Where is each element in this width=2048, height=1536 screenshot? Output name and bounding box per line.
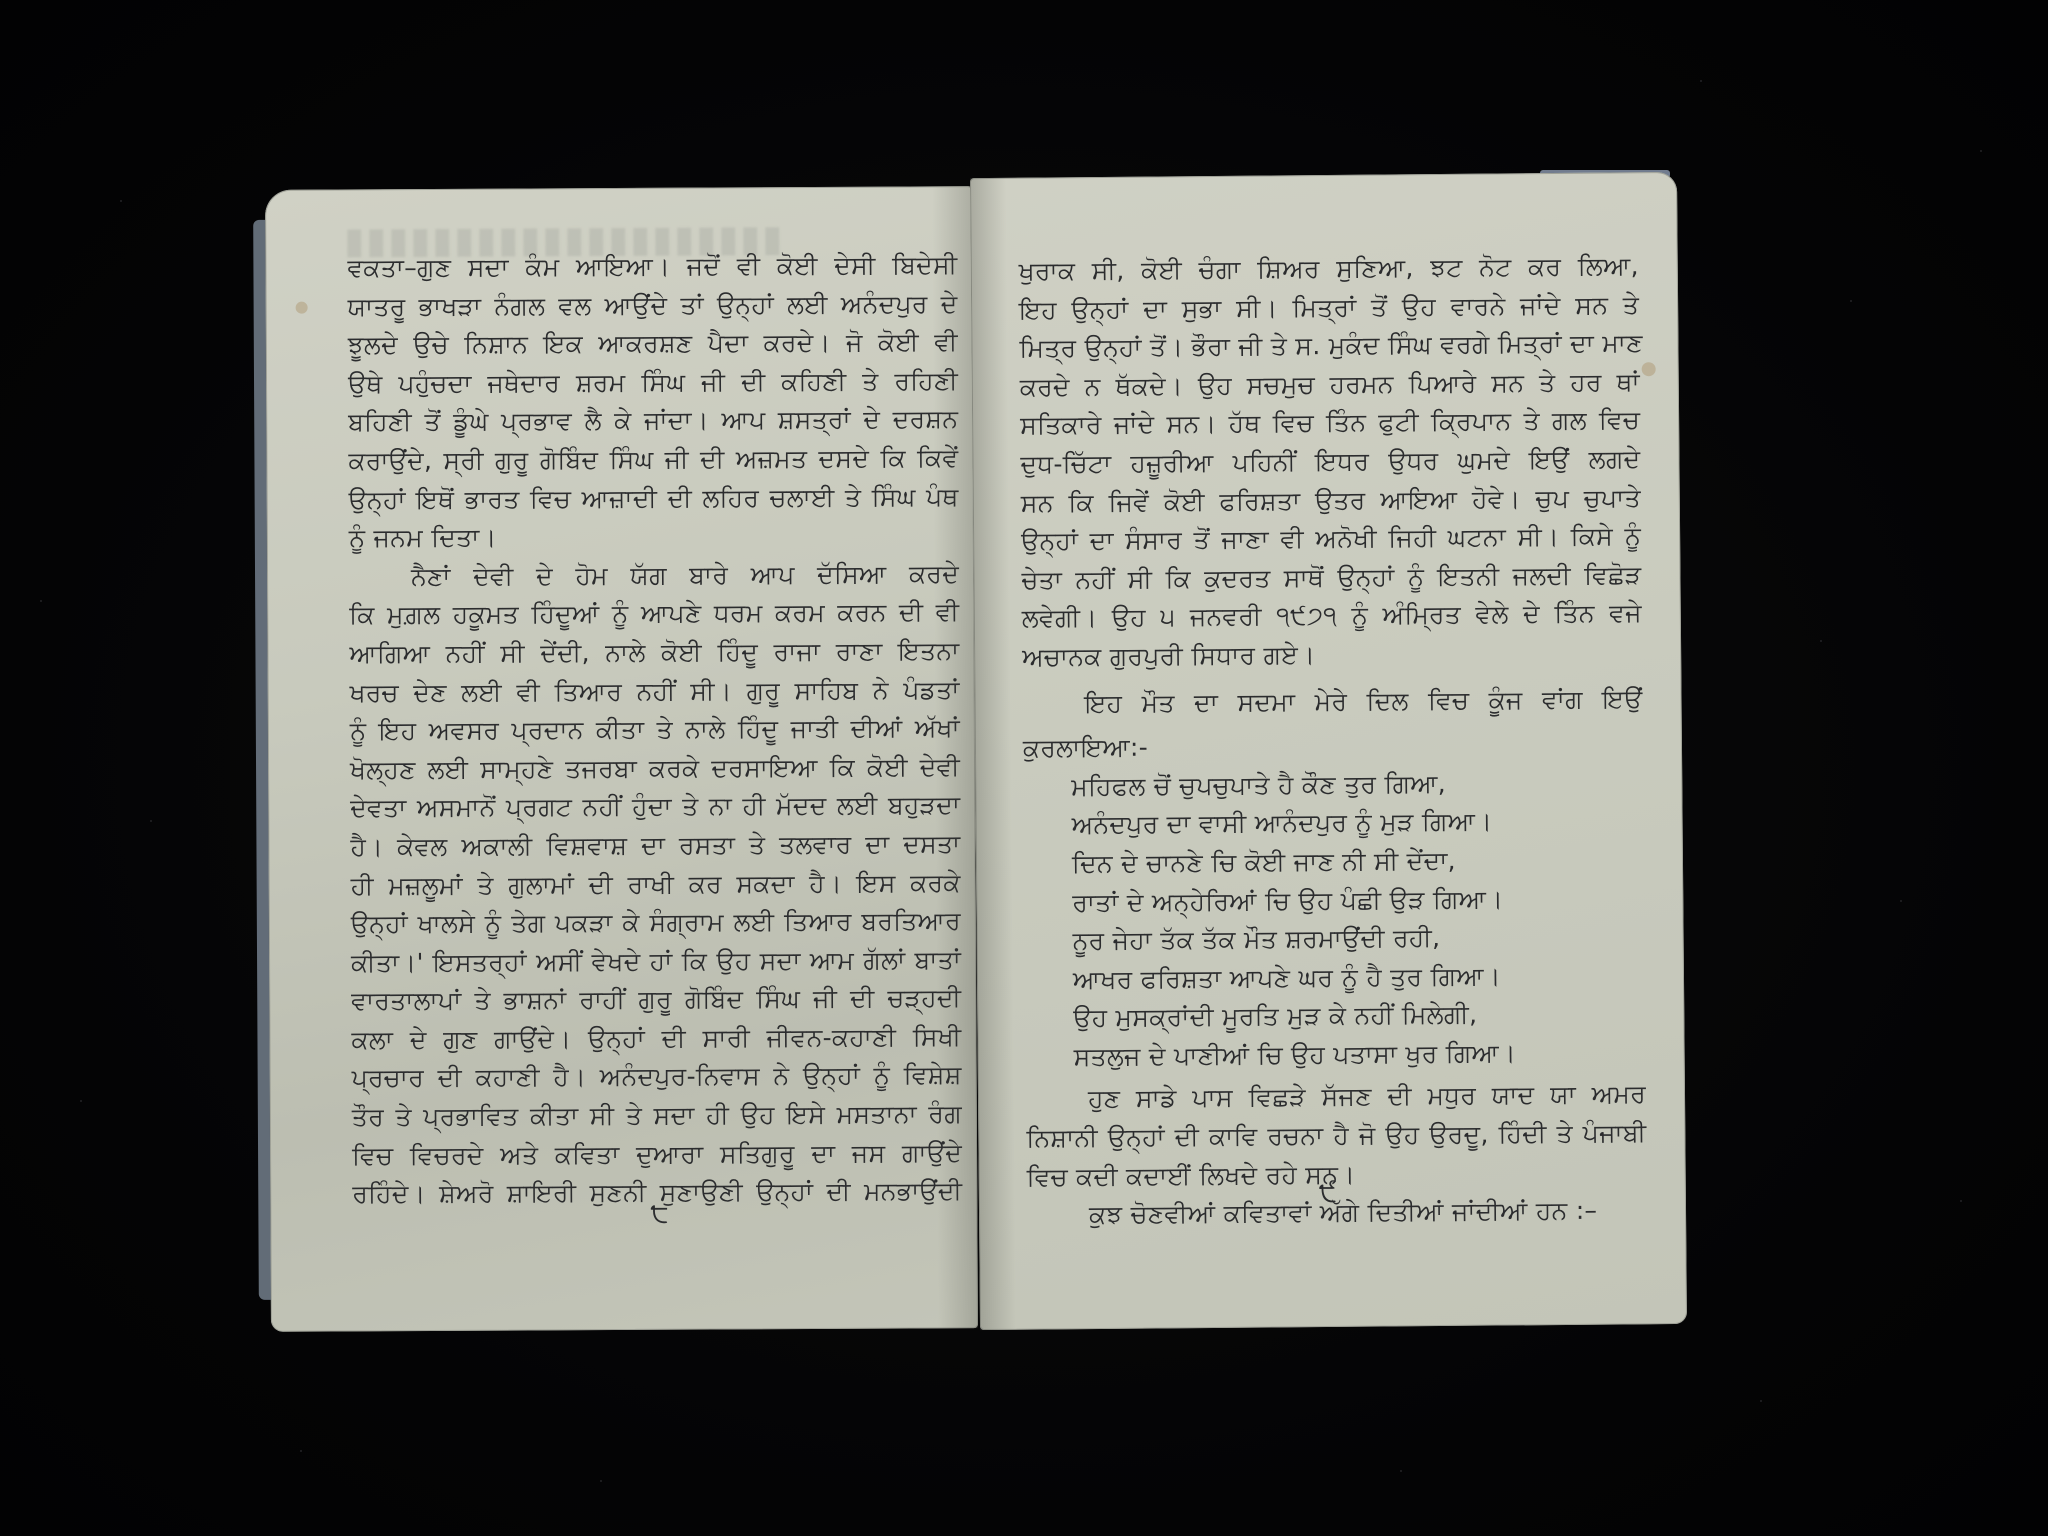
text-line: ਉਨ੍ਹਾਂ ਖਾਲਸੇ ਨੂੰ ਤੇਗ ਪਕੜਾ ਕੇ ਸੰਗ੍ਰਾਮ ਲਈ …	[351, 902, 961, 944]
text-line: ਹੀ ਮਜ਼ਲੂਮਾਂ ਤੇ ਗੁਲਾਮਾਂ ਦੀ ਰਾਖੀ ਕਰ ਸਕਦਾ ਹ…	[351, 864, 961, 906]
text-line: ਪ੍ਰਚਾਰ ਦੀ ਕਹਾਣੀ ਹੈ। ਅਨੰਦਪੁਰ-ਨਿਵਾਸ ਨੇ ਉਨ੍…	[352, 1057, 962, 1099]
text-line: ਕਲਾ ਦੇ ਗੁਣ ਗਾਉਂਦੇ। ਉਨ੍ਹਾਂ ਦੀ ਸਾਰੀ ਜੀਵਨ-ਕ…	[351, 1018, 961, 1060]
text-line: ਹੁਣ ਸਾਡੇ ਪਾਸ ਵਿਛੜੇ ਸੱਜਣ ਦੀ ਮਧੁਰ ਯਾਦ ਯਾ ਅ…	[1026, 1076, 1646, 1120]
left-page-text: ਵਕਤਾ–ਗੁਣ ਸਦਾ ਕੰਮ ਆਇਆ। ਜਦੋਂ ਵੀ ਕੋਈ ਦੇਸੀ ਬ…	[347, 246, 962, 1214]
paper-stain	[296, 302, 308, 314]
text-line: ਤੌਰ ਤੇ ਪ੍ਰਭਾਵਿਤ ਕੀਤਾ ਸੀ ਤੇ ਸਦਾ ਹੀ ਉਹ ਇਸੇ…	[352, 1095, 962, 1137]
text-line: ਅਚਾਨਕ ਗੁਰਪੁਰੀ ਸਿਧਾਰ ਗਏ।	[1022, 633, 1642, 677]
text-line: ਯਾਤਰੂ ਭਾਖੜਾ ਨੰਗਲ ਵਲ ਆਉਂਦੇ ਤਾਂ ਉਨ੍ਹਾਂ ਲਈ …	[348, 285, 958, 327]
velvet-speck	[150, 820, 152, 822]
velvet-speck	[1980, 150, 1982, 152]
text-line: ਖਰਚ ਦੇਣ ਲਈ ਵੀ ਤਿਆਰ ਨਹੀਂ ਸੀ। ਗੁਰੂ ਸਾਹਿਬ ਨ…	[350, 671, 960, 713]
poem-line: ਉਹ ਮੁਸਕ੍ਰਾਂਦੀ ਮੂਰਤਿ ਮੁੜ ਕੇ ਨਹੀਂ ਮਿਲੇਗੀ,	[1025, 995, 1645, 1039]
text-line: ਉਥੇ ਪਹੁੰਚਦਾ ਜਥੇਦਾਰ ਸ਼ਰਮ ਸਿੰਘ ਜੀ ਦੀ ਕਹਿਣੀ…	[348, 362, 958, 404]
velvet-speck	[120, 200, 122, 202]
text-line: ਕਿ ਮੁਗ਼ਲ ਹਕੂਮਤ ਹਿੰਦੂਆਂ ਨੂੰ ਆਪਣੇ ਧਰਮ ਕਰਮ …	[349, 594, 959, 636]
right-page: ਖੁਰਾਕ ਸੀ, ਕੋਈ ਚੰਗਾ ਸ਼ਿਅਰ ਸੁਣਿਆ, ਝਟ ਨੋਟ ਕ…	[970, 172, 1687, 1330]
velvet-speck	[1960, 1200, 1962, 1202]
text-line: ਕਰਦੇ ਨ ਥੱਕਦੇ। ਉਹ ਸਚਮੁਚ ਹਰਮਨ ਪਿਆਰੇ ਸਨ ਤੇ …	[1020, 363, 1640, 407]
poem-line: ਦਿਨ ਦੇ ਚਾਨਣੇ ਚਿ ਕੋਈ ਜਾਣ ਨੀ ਸੀ ਦੇਂਦਾ,	[1024, 840, 1644, 884]
open-booklet: ਵਕਤਾ–ਗੁਣ ਸਦਾ ਕੰਮ ਆਇਆ। ਜਦੋਂ ਵੀ ਕੋਈ ਦੇਸੀ ਬ…	[0, 0, 2048, 1536]
text-line: ਉਨ੍ਹਾਂ ਦਾ ਸੰਸਾਰ ਤੋਂ ਜਾਣਾ ਵੀ ਅਨੋਖੀ ਜਿਹੀ ਘ…	[1021, 517, 1641, 561]
text-line: ਝੂਲਦੇ ਉਚੇ ਨਿਸ਼ਾਨ ਇਕ ਆਕਰਸ਼ਣ ਪੈਦਾ ਕਰਦੇ। ਜੋ…	[348, 323, 958, 365]
text-line: ਕੀਤਾ।' ਇਸਤਰ੍ਹਾਂ ਅਸੀਂ ਵੇਖਦੇ ਹਾਂ ਕਿ ਉਹ ਸਦਾ…	[351, 941, 961, 983]
text-line: ਬਹਿਣੀ ਤੋਂ ਡੂੰਘੇ ਪ੍ਰਭਾਵ ਲੈ ਕੇ ਜਾਂਦਾ। ਆਪ ਸ…	[348, 401, 958, 443]
text-line: ਕਰਾਉਂਦੇ, ਸ੍ਰੀ ਗੁਰੂ ਗੋਬਿੰਦ ਸਿੰਘ ਜੀ ਦੀ ਅਜ਼…	[348, 439, 958, 481]
right-page-text: ਖੁਰਾਕ ਸੀ, ਕੋਈ ਚੰਗਾ ਸ਼ਿਅਰ ਸੁਣਿਆ, ਝਟ ਨੋਟ ਕ…	[1019, 247, 1648, 1235]
text-line: ਨੂੰ ਇਹ ਅਵਸਰ ਪ੍ਰਦਾਨ ਕੀਤਾ ਤੇ ਨਾਲੇ ਹਿੰਦੂ ਜਾ…	[350, 709, 960, 751]
text-line: ਦੇਵਤਾ ਅਸਮਾਨੋਂ ਪ੍ਰਗਟ ਨਹੀਂ ਹੁੰਦਾ ਤੇ ਨਾ ਹੀ …	[350, 787, 960, 829]
poem-line: ਮਹਿਫਲ ਚੋਂ ਚੁਪਚੁਪਾਤੇ ਹੈ ਕੌਣ ਤੁਰ ਗਿਆ,	[1023, 763, 1643, 807]
text-line: ਸਤਿਕਾਰੇ ਜਾਂਦੇ ਸਨ। ਹੱਥ ਵਿਚ ਤਿੰਨ ਫੁਟੀ ਕ੍ਰਿ…	[1020, 402, 1640, 446]
velvet-speck	[1400, 1470, 1402, 1472]
text-line: ਨੈਣਾਂ ਦੇਵੀ ਦੇ ਹੋਮ ਯੱਗ ਬਾਰੇ ਆਪ ਦੱਸਿਆ ਕਰਦੇ	[349, 555, 959, 597]
text-line: ਇਹ ਉਨ੍ਹਾਂ ਦਾ ਸੁਭਾ ਸੀ। ਮਿਤ੍ਰਾਂ ਤੋਂ ਉਹ ਵਾਰ…	[1019, 286, 1639, 330]
page-number: ੮	[650, 1196, 669, 1230]
velvet-speck	[80, 1100, 82, 1102]
velvet-speck	[1820, 640, 1822, 642]
poem-line: ਰਾਤਾਂ ਦੇ ਅਨ੍ਹੇਰਿਆਂ ਚਿ ਉਹ ਪੰਛੀ ਉੜ ਗਿਆ।	[1024, 879, 1644, 923]
velvet-speck	[1700, 80, 1702, 82]
text-line: ਦੁਧ-ਚਿੱਟਾ ਹਜ਼ੂਰੀਆ ਪਹਿਨੀਂ ਇਧਰ ਉਧਰ ਘੁਮਦੇ ਇ…	[1020, 440, 1640, 484]
poem-line: ਸਤਲੁਜ ਦੇ ਪਾਣੀਆਂ ਚਿ ਉਹ ਪਤਾਸਾ ਖੁਰ ਗਿਆ।	[1025, 1033, 1645, 1077]
text-line: ਵਕਤਾ–ਗੁਣ ਸਦਾ ਕੰਮ ਆਇਆ। ਜਦੋਂ ਵੀ ਕੋਈ ਦੇਸੀ ਬ…	[347, 246, 957, 288]
text-line: ਇਹ ਮੌਤ ਦਾ ਸਦਮਾ ਮੇਰੇ ਦਿਲ ਵਿਚ ਕੂੰਜ ਵਾਂਗ ਇਉ…	[1022, 680, 1642, 724]
velvet-speck	[600, 1480, 602, 1482]
text-line: ਹੈ। ਕੇਵਲ ਅਕਾਲੀ ਵਿਸ਼ਵਾਸ਼ ਦਾ ਰਸਤਾ ਤੇ ਤਲਵਾਰ…	[350, 825, 960, 867]
text-line: ਖੋਲ੍ਹਣ ਲਈ ਸਾਮ੍ਹਣੇ ਤਜਰਬਾ ਕਰਕੇ ਦਰਸਾਇਆ ਕਿ ਕ…	[350, 748, 960, 790]
left-page: ਵਕਤਾ–ਗੁਣ ਸਦਾ ਕੰਮ ਆਇਆ। ਜਦੋਂ ਵੀ ਕੋਈ ਦੇਸੀ ਬ…	[265, 186, 978, 1332]
text-line: ਮਿਤ੍ਰ ਉਨ੍ਹਾਂ ਤੋਂ। ਭੌਰਾ ਜੀ ਤੇ ਸ. ਮੁਕੰਦ ਸਿ…	[1019, 324, 1639, 368]
velvet-speck	[300, 1450, 302, 1452]
text-line: ਆਗਿਆ ਨਹੀਂ ਸੀ ਦੇਂਦੀ, ਨਾਲੇ ਕੋਈ ਹਿੰਦੂ ਰਾਜਾ …	[349, 632, 959, 674]
velvet-speck	[1850, 300, 1852, 302]
velvet-speck	[1900, 900, 1902, 902]
text-line: ਖੁਰਾਕ ਸੀ, ਕੋਈ ਚੰਗਾ ਸ਼ਿਅਰ ਸੁਣਿਆ, ਝਟ ਨੋਟ ਕ…	[1019, 247, 1639, 291]
poem-line: ਆਖਰ ਫਰਿਸ਼ਤਾ ਆਪਣੇ ਘਰ ਨੂੰ ਹੈ ਤੁਰ ਗਿਆ।	[1025, 956, 1645, 1000]
text-line: ਨੂੰ ਜਨਮ ਦਿਤਾ।	[349, 516, 959, 558]
text-line: ਲਵੇਗੀ। ਉਹ ੫ ਜਨਵਰੀ ੧੯੭੧ ਨੂੰ ਅੰਮ੍ਰਿਤ ਵੇਲੇ …	[1022, 595, 1642, 639]
text-line: ਨਿਸ਼ਾਨੀ ਉਨ੍ਹਾਂ ਦੀ ਕਾਵਿ ਰਚਨਾ ਹੈ ਜੋ ਉਹ ਉਰਦ…	[1026, 1114, 1646, 1158]
text-line: ਕੁਰਲਾਇਆ:-	[1023, 724, 1643, 768]
page-number: ੯	[1319, 1175, 1338, 1209]
text-line: ਸਨ ਕਿ ਜਿਵੇਂ ਕੋਈ ਫਰਿਸ਼ਤਾ ਉਤਰ ਆਇਆ ਹੋਵੇ। ਚੁ…	[1021, 479, 1641, 523]
velvet-speck	[40, 600, 42, 602]
paper-stain	[1642, 362, 1656, 376]
poem-line: ਅਨੰਦਪੁਰ ਦਾ ਵਾਸੀ ਆਨੰਦਪੁਰ ਨੂੰ ਮੁੜ ਗਿਆ।	[1023, 802, 1643, 846]
text-line: ਚੇਤਾ ਨਹੀਂ ਸੀ ਕਿ ਕੁਦਰਤ ਸਾਥੋਂ ਉਨ੍ਹਾਂ ਨੂੰ ਇ…	[1021, 556, 1641, 600]
poem-line: ਨੂਰ ਜੇਹਾ ਤੱਕ ਤੱਕ ਮੌਤ ਸ਼ਰਮਾਉਂਦੀ ਰਹੀ,	[1024, 917, 1644, 961]
text-line: ਉਨ੍ਹਾਂ ਇਥੋਂ ਭਾਰਤ ਵਿਚ ਆਜ਼ਾਦੀ ਦੀ ਲਹਿਰ ਚਲਾਈ…	[349, 478, 959, 520]
text-line: ਵਿਚ ਵਿਚਰਦੇ ਅਤੇ ਕਵਿਤਾ ਦੁਆਰਾ ਸਤਿਗੁਰੂ ਦਾ ਜਸ…	[352, 1134, 962, 1176]
text-line: ਵਾਰਤਾਲਾਪਾਂ ਤੇ ਭਾਸ਼ਨਾਂ ਰਾਹੀਂ ਗੁਰੂ ਗੋਬਿੰਦ …	[351, 980, 961, 1022]
velvet-speck	[1760, 1400, 1762, 1402]
